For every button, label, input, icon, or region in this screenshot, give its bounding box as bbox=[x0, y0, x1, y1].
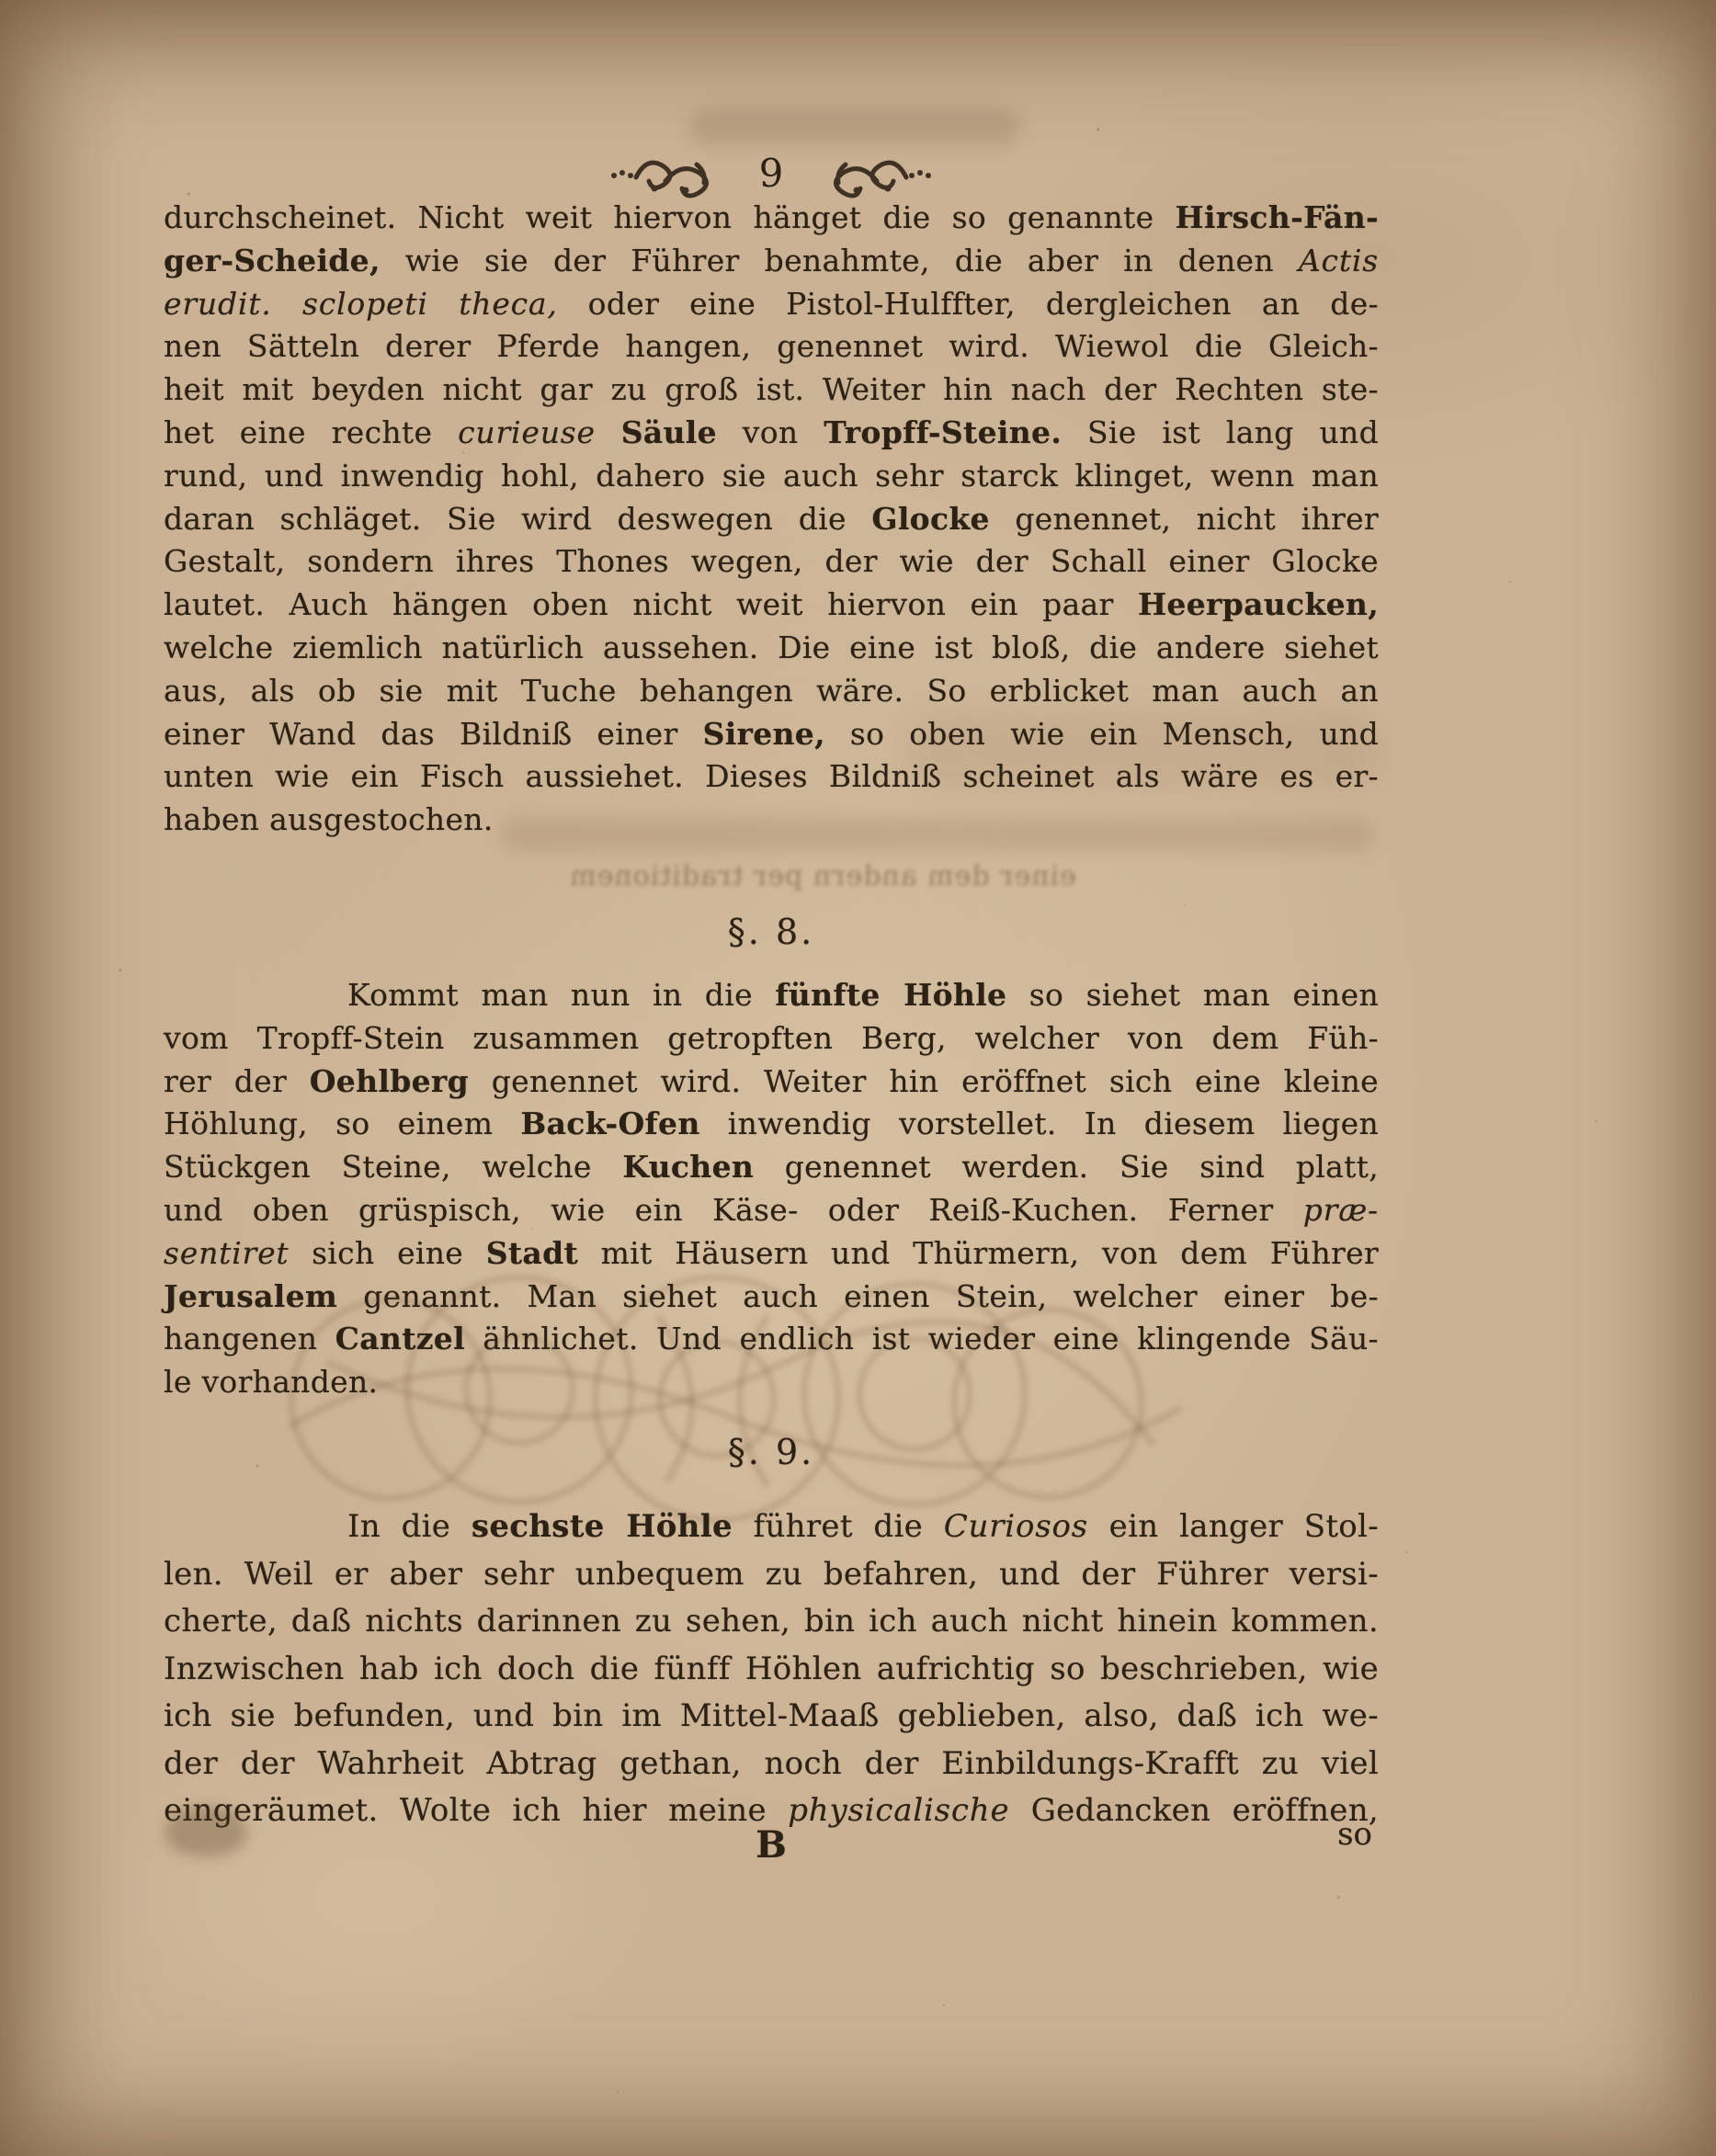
text-segment: Sie ist lang und bbox=[1062, 414, 1379, 450]
text-segment: hangenen bbox=[164, 1321, 335, 1356]
text-segment: sich eine bbox=[290, 1235, 486, 1271]
text-segment: Hirsch-Fän- bbox=[1176, 199, 1379, 235]
text-segment: von bbox=[717, 414, 824, 450]
text-line: het eine rechte curieuse Säule von Tropf… bbox=[164, 412, 1379, 455]
text-segment: rer der bbox=[164, 1063, 310, 1099]
text-segment: daran schläget. Sie wird deswegen die bbox=[164, 501, 871, 537]
text-segment: heit mit beyden nicht gar zu groß ist. W… bbox=[164, 371, 1379, 407]
text-segment: oder eine Pistol-Hulffter, dergleichen a… bbox=[558, 286, 1379, 322]
text-line: sentiret sich eine Stadt mit Häusern und… bbox=[164, 1232, 1379, 1276]
text-segment: Tropff-Steine. bbox=[824, 414, 1062, 450]
text-segment: Curiosos bbox=[944, 1508, 1088, 1545]
text-line: heit mit beyden nicht gar zu groß ist. W… bbox=[164, 369, 1379, 412]
show-through-text: einer dem andern per traditionem bbox=[303, 860, 1342, 892]
text-line: hangenen Cantzel ähnlichet. Und endlich … bbox=[164, 1318, 1379, 1361]
text-segment: Jerusalem bbox=[164, 1278, 337, 1314]
text-segment: haben ausgestochen. bbox=[164, 801, 494, 837]
show-through-smudge-top bbox=[689, 108, 1020, 145]
text-segment: ähnlichet. Und endlich ist wieder eine k… bbox=[465, 1321, 1379, 1356]
text-line: und oben grüspisch, wie ein Käse- oder R… bbox=[164, 1189, 1379, 1232]
text-line: einer Wand das Bildniß einer Sirene, so … bbox=[164, 713, 1379, 756]
text-segment: so oben wie ein Mensch, und bbox=[825, 716, 1379, 752]
text-segment: unten wie ein Fisch aussiehet. Dieses Bi… bbox=[164, 758, 1379, 794]
text-line: nen Sätteln derer Pferde hangen, genenne… bbox=[164, 325, 1379, 369]
paragraph-2: Kommt man nun in die fünfte Höhle so sie… bbox=[164, 974, 1379, 1404]
text-line: Jerusalem genannt. Man siehet auch einen… bbox=[164, 1276, 1379, 1319]
text-line: lautet. Auch hängen oben nicht weit hier… bbox=[164, 584, 1379, 627]
text-segment: inwendig vorstellet. In diesem liegen bbox=[700, 1106, 1379, 1141]
text-line: le vorhanden. bbox=[164, 1361, 1379, 1404]
text-segment: durchscheinet. Nicht weit hiervon hänget… bbox=[164, 199, 1176, 235]
section-heading-8: §. 8. bbox=[164, 912, 1379, 952]
text-line: erudit. sclopeti theca, oder eine Pistol… bbox=[164, 283, 1379, 326]
text-line: vom Tropff-Stein zusammen getropften Ber… bbox=[164, 1017, 1379, 1061]
text-segment: so siehet man einen bbox=[1006, 977, 1379, 1013]
text-line: In die sechste Höhle führet die Curiosos… bbox=[164, 1504, 1379, 1551]
text-segment: nen Sätteln derer Pferde hangen, genenne… bbox=[164, 328, 1379, 364]
text-line: ich sie befunden, und bin im Mittel-Maaß… bbox=[164, 1693, 1379, 1741]
text-segment: genennet, nicht ihrer bbox=[990, 501, 1379, 537]
paragraph-3: In die sechste Höhle führet die Curiosos… bbox=[164, 1504, 1379, 1835]
text-segment: lautet. Auch hängen oben nicht weit hier… bbox=[164, 586, 1138, 622]
text-segment: aus, als ob sie mit Tuche behangen wäre.… bbox=[164, 673, 1379, 709]
text-segment: len. Weil er aber sehr unbequem zu befah… bbox=[164, 1556, 1379, 1593]
text-segment: welche ziemlich natürlich aussehen. Die … bbox=[164, 630, 1379, 665]
text-segment: Kuchen bbox=[622, 1149, 754, 1185]
text-segment: le vorhanden. bbox=[164, 1364, 378, 1400]
text-segment: der der Wahrheit Abtrag gethan, noch der… bbox=[164, 1745, 1379, 1782]
text-segment: führet die bbox=[733, 1508, 944, 1545]
text-segment: Höhlung, so einem bbox=[164, 1106, 520, 1141]
text-line: welche ziemlich natürlich aussehen. Die … bbox=[164, 627, 1379, 670]
text-line: cherte, daß nichts darinnen zu sehen, bi… bbox=[164, 1598, 1379, 1646]
text-segment: Glocke bbox=[871, 501, 989, 537]
text-segment: wie sie der Führer benahmte, die aber in… bbox=[381, 243, 1299, 278]
text-segment: erudit. sclopeti theca, bbox=[164, 286, 558, 322]
text-line: der der Wahrheit Abtrag gethan, noch der… bbox=[164, 1741, 1379, 1788]
text-segment: præ- bbox=[1303, 1192, 1379, 1228]
text-segment: Oehlberg bbox=[310, 1063, 469, 1099]
text-line: unten wie ein Fisch aussiehet. Dieses Bi… bbox=[164, 755, 1379, 799]
text-line: aus, als ob sie mit Tuche behangen wäre.… bbox=[164, 670, 1379, 713]
text-segment: vom Tropff-Stein zusammen getropften Ber… bbox=[164, 1020, 1379, 1056]
book-page-scan: { "meta": { "page_number": "9", "signatu… bbox=[0, 0, 1716, 2156]
text-segment: und oben grüspisch, wie ein Käse- oder R… bbox=[164, 1192, 1303, 1228]
text-segment: In die bbox=[347, 1508, 472, 1545]
text-line: Höhlung, so einem Back-Ofen inwendig vor… bbox=[164, 1103, 1379, 1146]
text-segment: het eine rechte bbox=[164, 414, 458, 450]
header-ornament-left-icon bbox=[608, 148, 717, 199]
text-segment: ein langer Stol- bbox=[1088, 1508, 1379, 1545]
page-number: 9 bbox=[759, 154, 784, 193]
text-segment: einer Wand das Bildniß einer bbox=[164, 716, 703, 752]
text-line: rer der Oehlberg genennet wird. Weiter h… bbox=[164, 1061, 1379, 1104]
text-segment: Stadt bbox=[486, 1235, 578, 1271]
text-segment: sechste Höhle bbox=[472, 1508, 733, 1545]
text-segment: Back-Ofen bbox=[520, 1106, 699, 1141]
text-line: Stückgen Steine, welche Kuchen genennet … bbox=[164, 1146, 1379, 1189]
text-segment: ich sie befunden, und bin im Mittel-Maaß… bbox=[164, 1697, 1379, 1734]
text-line: daran schläget. Sie wird deswegen die Gl… bbox=[164, 498, 1379, 541]
text-line: Inzwischen hab ich doch die fünff Höhlen… bbox=[164, 1646, 1379, 1694]
text-segment: Heerpaucken, bbox=[1138, 586, 1379, 622]
text-line: haben ausgestochen. bbox=[164, 799, 1379, 842]
text-line: durchscheinet. Nicht weit hiervon hänget… bbox=[164, 197, 1379, 240]
text-segment: fünfte Höhle bbox=[775, 977, 1006, 1013]
text-segment: sentiret bbox=[164, 1235, 290, 1271]
text-segment: mit Häusern und Thürmern, von dem Führer bbox=[578, 1235, 1379, 1271]
text-segment: rund, und inwendig hohl, dahero sie auch… bbox=[164, 458, 1379, 494]
section-heading-9: §. 9. bbox=[164, 1432, 1379, 1472]
text-line: len. Weil er aber sehr unbequem zu befah… bbox=[164, 1551, 1379, 1599]
text-segment: genennet wird. Weiter hin eröffnet sich … bbox=[469, 1063, 1379, 1099]
text-segment: Actis bbox=[1299, 243, 1379, 278]
signature-mark: B bbox=[164, 1823, 1379, 1867]
text-segment: genennet werden. Sie sind platt, bbox=[754, 1149, 1379, 1185]
page-header: 9 bbox=[164, 145, 1379, 202]
text-line: Gestalt, sondern ihres Thones wegen, der… bbox=[164, 540, 1379, 584]
text-segment: Gestalt, sondern ihres Thones wegen, der… bbox=[164, 543, 1379, 579]
text-segment: ger-Scheide, bbox=[164, 243, 381, 278]
text-segment: curieuse bbox=[458, 414, 596, 450]
text-segment: Cantzel bbox=[335, 1321, 465, 1356]
text-segment: genannt. Man siehet auch einen Stein, we… bbox=[337, 1278, 1379, 1314]
catchword: so bbox=[1337, 1816, 1372, 1853]
header-ornament-right-icon bbox=[825, 148, 934, 199]
text-segment: Stückgen Steine, welche bbox=[164, 1149, 622, 1185]
text-segment: Säule bbox=[621, 414, 717, 450]
text-line: rund, und inwendig hohl, dahero sie auch… bbox=[164, 455, 1379, 498]
text-line: Kommt man nun in die fünfte Höhle so sie… bbox=[164, 974, 1379, 1017]
text-segment: Inzwischen hab ich doch die fünff Höhlen… bbox=[164, 1651, 1379, 1687]
text-segment: Sirene, bbox=[703, 716, 825, 752]
text-segment: cherte, daß nichts darinnen zu sehen, bi… bbox=[164, 1603, 1379, 1640]
text-line: ger-Scheide, wie sie der Führer benahmte… bbox=[164, 240, 1379, 283]
text-segment bbox=[596, 414, 621, 450]
paragraph-1: durchscheinet. Nicht weit hiervon hänget… bbox=[164, 197, 1379, 842]
text-segment: Kommt man nun in die bbox=[347, 977, 775, 1013]
